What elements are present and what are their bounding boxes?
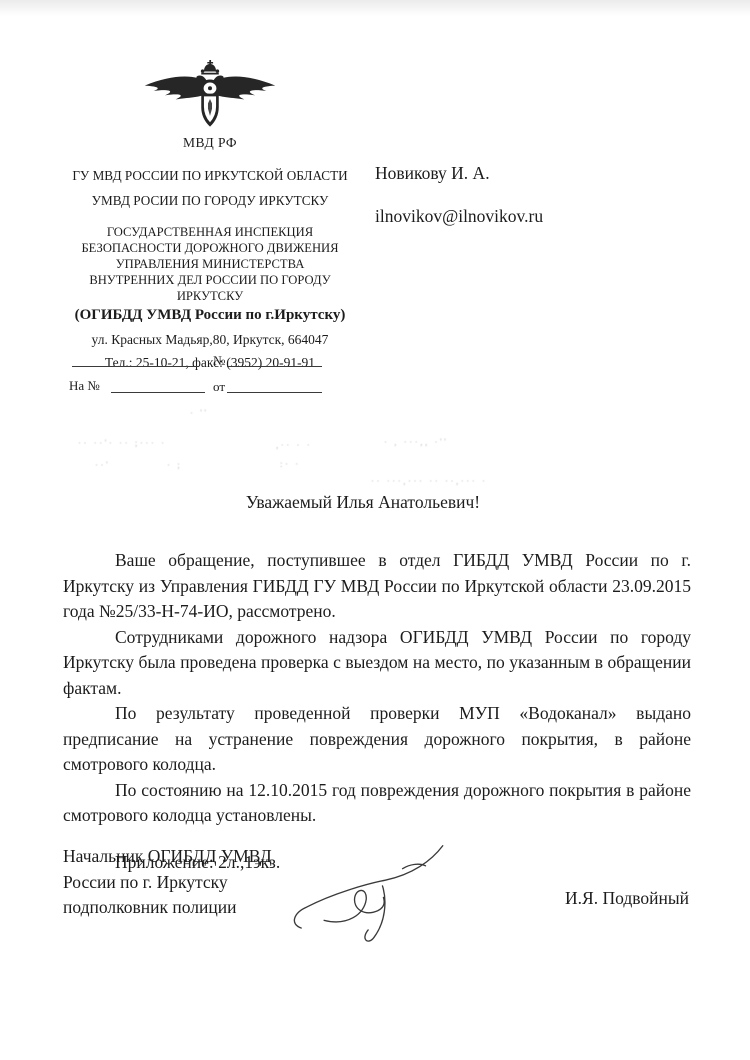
reply-to-number-label: На № <box>69 378 100 394</box>
body-paragraph: По состоянию на 12.10.2015 год поврежден… <box>63 778 691 829</box>
salutation: Уважаемый Илья Анатольевич! <box>63 492 663 513</box>
outgoing-number-blank-line <box>72 355 199 367</box>
body-paragraph: По результату проведенной проверки МУП «… <box>63 701 691 778</box>
scanned-letter-page: МВД РФ ГУ МВД РОССИИ ПО ИРКУТСКОЙ ОБЛАСТ… <box>0 0 750 1060</box>
division-line: БЕЗОПАСНОСТИ ДОРОЖНОГО ДВИЖЕНИЯ <box>55 240 365 256</box>
signer-position-line: России по г. Иркутску <box>63 870 272 896</box>
outgoing-date-blank-line <box>227 355 322 367</box>
scan-artifact: · ; <box>167 460 182 470</box>
recipient-name: Новикову И. А. <box>375 163 543 184</box>
division-short-name: (ОГИБДД УМВД России по г.Иркутску) <box>55 307 365 324</box>
signer-position: Начальник ОГИБДД УМВД России по г. Иркут… <box>63 844 272 921</box>
body-paragraph: Ваше обращение, поступившее в отдел ГИБД… <box>63 548 691 625</box>
scan-artifact: ,·· · · <box>276 440 312 450</box>
division-line: ИРКУТСКУ <box>55 288 365 304</box>
incoming-number-blank-line <box>111 381 205 393</box>
handwritten-signature-icon <box>285 840 457 950</box>
mvd-double-headed-eagle-emblem-icon <box>142 60 278 130</box>
scan-artifact: ·· ···,··· ·· ··,··· · <box>371 476 487 486</box>
letter-body: Ваше обращение, поступившее в отдел ГИБД… <box>63 548 691 875</box>
scan-edge-shadow <box>0 0 750 16</box>
division-line: ГОСУДАРСТВЕННАЯ ИНСПЕКЦИЯ <box>55 224 365 240</box>
body-paragraph: Сотрудниками дорожного надзора ОГИБДД УМ… <box>63 625 691 702</box>
division-full-name: ГОСУДАРСТВЕННАЯ ИНСПЕКЦИЯ БЕЗОПАСНОСТИ Д… <box>55 224 365 304</box>
agency-abbreviation: МВД РФ <box>55 135 365 151</box>
division-line: ВНУТРЕННИХ ДЕЛ РОССИИ ПО ГОРОДУ <box>55 272 365 288</box>
signer-name: И.Я. Подвойный <box>565 888 689 909</box>
signature-block: Начальник ОГИБДД УМВД России по г. Иркут… <box>63 838 691 958</box>
recipient-email: ilnovikov@ilnovikov.ru <box>375 206 543 227</box>
scan-artifact: · '' <box>190 408 209 418</box>
signer-position-line: Начальник ОГИБДД УМВД <box>63 844 272 870</box>
org-name-city: УМВД РОСИИ ПО ГОРОДУ ИРКУТСКУ <box>55 193 365 209</box>
number-sign-label: № <box>213 353 225 369</box>
scan-artifact: · , ···,, ·'' <box>384 437 448 447</box>
incoming-date-blank-line <box>227 381 322 393</box>
org-name-region: ГУ МВД РОССИИ ПО ИРКУТСКОЙ ОБЛАСТИ <box>55 168 365 184</box>
division-line: УПРАВЛЕНИЯ МИНИСТЕРСТВА <box>55 256 365 272</box>
signer-position-line: подполковник полиции <box>63 895 272 921</box>
scan-artifact: ·· ··'· ·· ;··· · <box>78 438 167 448</box>
from-date-label: от <box>213 379 225 395</box>
postal-address: ул. Красных Мадьяр,80, Иркутск, 664047 <box>55 332 365 348</box>
scan-artifact: :· · <box>280 459 301 469</box>
reference-number-block: № На № от <box>55 352 385 402</box>
letterhead: МВД РФ ГУ МВД РОССИИ ПО ИРКУТСКОЙ ОБЛАСТ… <box>55 60 365 371</box>
scan-artifact: ··' <box>95 460 110 470</box>
recipient-block: Новикову И. А. ilnovikov@ilnovikov.ru <box>375 163 543 227</box>
